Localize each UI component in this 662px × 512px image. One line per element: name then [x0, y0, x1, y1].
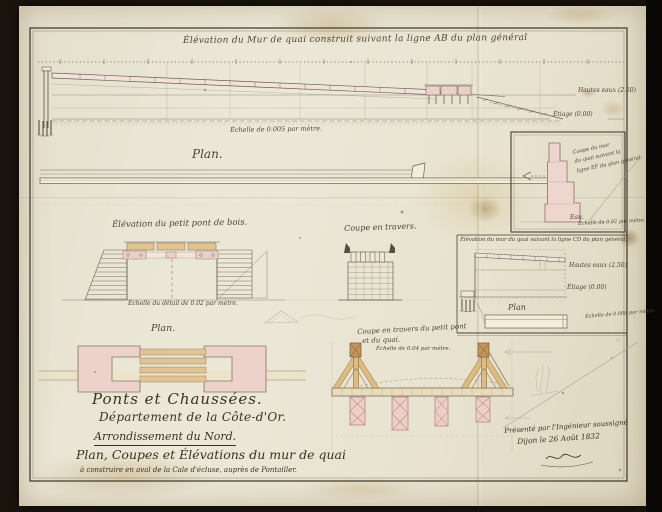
cd-title: Élévation du mur du quai suivant la lign…	[460, 237, 627, 243]
ab-level-low-label: Étiage (0.00)	[553, 112, 593, 119]
ab-level-high-label: Hautes eaux (2.50)	[578, 88, 636, 95]
ab-plan-label: Plan.	[192, 148, 223, 162]
cd-level-high-label: Hautes eaux (2.50)	[569, 263, 627, 270]
plan-pont-label: Plan.	[151, 324, 175, 335]
ab-scale-label: Échelle de 0.005 par mètre.	[230, 125, 322, 134]
title-block-title-2: à construire en aval de la Cale d'écluse…	[80, 466, 297, 474]
scanned-drawing-sheet: Élévation du Mur de quai construit suiva…	[0, 0, 662, 512]
coupe-pont-title-2: et du quai.	[362, 336, 400, 345]
cd-level-low-label: Étiage (0.00)	[567, 285, 607, 292]
pont-elevation-scale: Échelle du détail de 0.02 par mètre.	[128, 301, 238, 308]
scan-edge	[646, 0, 662, 512]
coupe-pont-scale: Échelle de 0.04 par mètre.	[376, 346, 450, 352]
title-block-service: Ponts et Chaussées.	[92, 391, 263, 408]
title-block-departement: Département de la Côte-d'Or.	[99, 411, 286, 425]
title-block-title-1: Plan, Coupes et Élévations du mur de qua…	[76, 448, 346, 462]
cd-plan-label: Plan	[508, 303, 526, 312]
title-block-arrondissement: Arrondissement du Nord.	[94, 431, 236, 446]
